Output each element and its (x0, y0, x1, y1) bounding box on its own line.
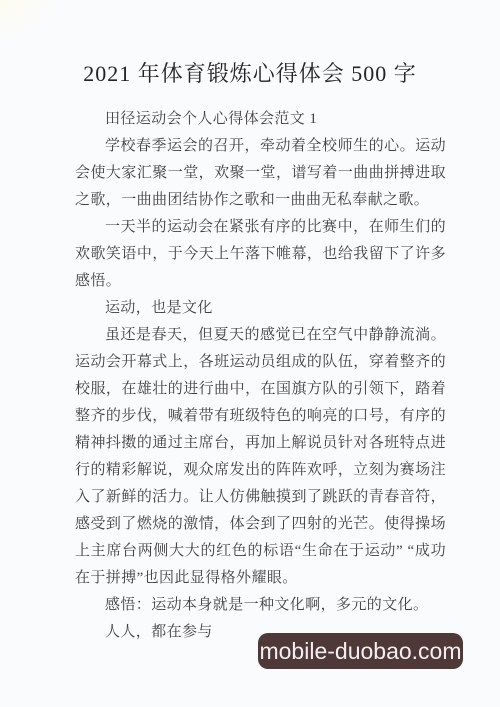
document-body: 田径运动会个人心得体会范文 1学校春季运会的召开，牵动着全校师生的心。运动会使大… (75, 106, 446, 646)
paragraph: 一天半的运动会在紧张有序的比赛中，在师生们的欢歌笑语中，于今天上午落下帷幕，也给… (75, 214, 446, 295)
paragraph: 运动，也是文化 (75, 295, 446, 322)
paragraph: 感悟：运动本身就是一种文化啊，多元的文化。 (75, 592, 446, 619)
paragraph: 学校春季运会的召开，牵动着全校师生的心。运动会使大家汇聚一堂，欢聚一堂，谱写着一… (75, 133, 446, 214)
paragraph: 田径运动会个人心得体会范文 1 (75, 106, 446, 133)
document-title: 2021 年体育锻炼心得体会 500 字 (0, 57, 500, 88)
scan-corner-artifact (0, 0, 64, 42)
document-page: 2021 年体育锻炼心得体会 500 字 田径运动会个人心得体会范文 1学校春季… (0, 0, 500, 707)
paragraph: 虽还是春天，但夏天的感觉已在空气中静静流淌。运动会开幕式上，各班运动员组成的队伍… (75, 322, 446, 592)
watermark-badge: mobile-duobao.com (258, 633, 463, 669)
